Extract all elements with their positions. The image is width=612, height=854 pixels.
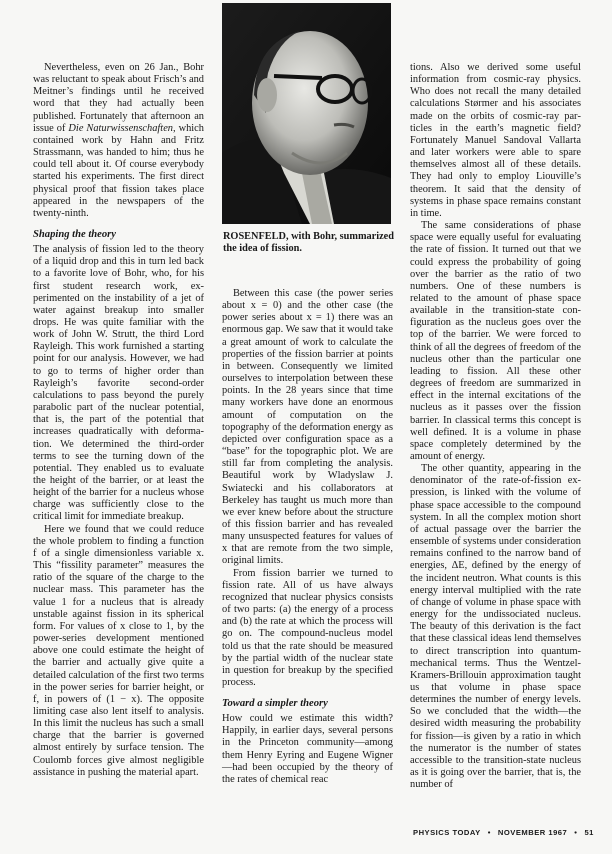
page-number: 51 <box>584 828 593 837</box>
caption-name: ROSENFELD, <box>223 231 289 242</box>
section-heading: Shaping the theory <box>33 228 204 241</box>
paragraph: The same considerations of phase space w… <box>410 220 581 463</box>
portrait-image <box>222 3 391 224</box>
paragraph: From fission barrier we turned to fissio… <box>222 568 393 690</box>
issue-date: NOVEMBER 1967 <box>498 828 567 837</box>
paragraph: Nevertheless, even on 26 Jan., Bohr was … <box>33 62 204 220</box>
column-1: Nevertheless, even on 26 Jan., Bohr was … <box>33 62 204 779</box>
bullet-separator: • <box>574 828 577 837</box>
paragraph: tions. Also we derived some useful infor… <box>410 62 581 220</box>
page-footer: PHYSICS TODAY•NOVEMBER 1967•51 <box>413 828 594 837</box>
rosenfeld-photo <box>222 3 391 224</box>
section-heading: Toward a simpler theory <box>222 697 393 710</box>
journal-title: Die Naturwissen­schaften, <box>68 123 175 134</box>
paragraph: Between this case (the power series abou… <box>222 288 393 568</box>
column-3: tions. Also we derived some useful infor… <box>410 62 581 791</box>
paragraph: How could we estimate this width? Happil… <box>222 713 393 786</box>
paragraph: Here we found that we could reduce the w… <box>33 524 204 779</box>
column-2: Between this case (the power series abou… <box>222 288 393 786</box>
journal-name: PHYSICS TODAY <box>413 828 481 837</box>
bullet-separator: • <box>488 828 491 837</box>
paragraph: The other quantity, appearing in the den… <box>410 463 581 791</box>
photo-caption: ROSENFELD, with Bohr, summarized the ide… <box>223 231 403 254</box>
paragraph: The analysis of fission led to the theor… <box>33 244 204 524</box>
